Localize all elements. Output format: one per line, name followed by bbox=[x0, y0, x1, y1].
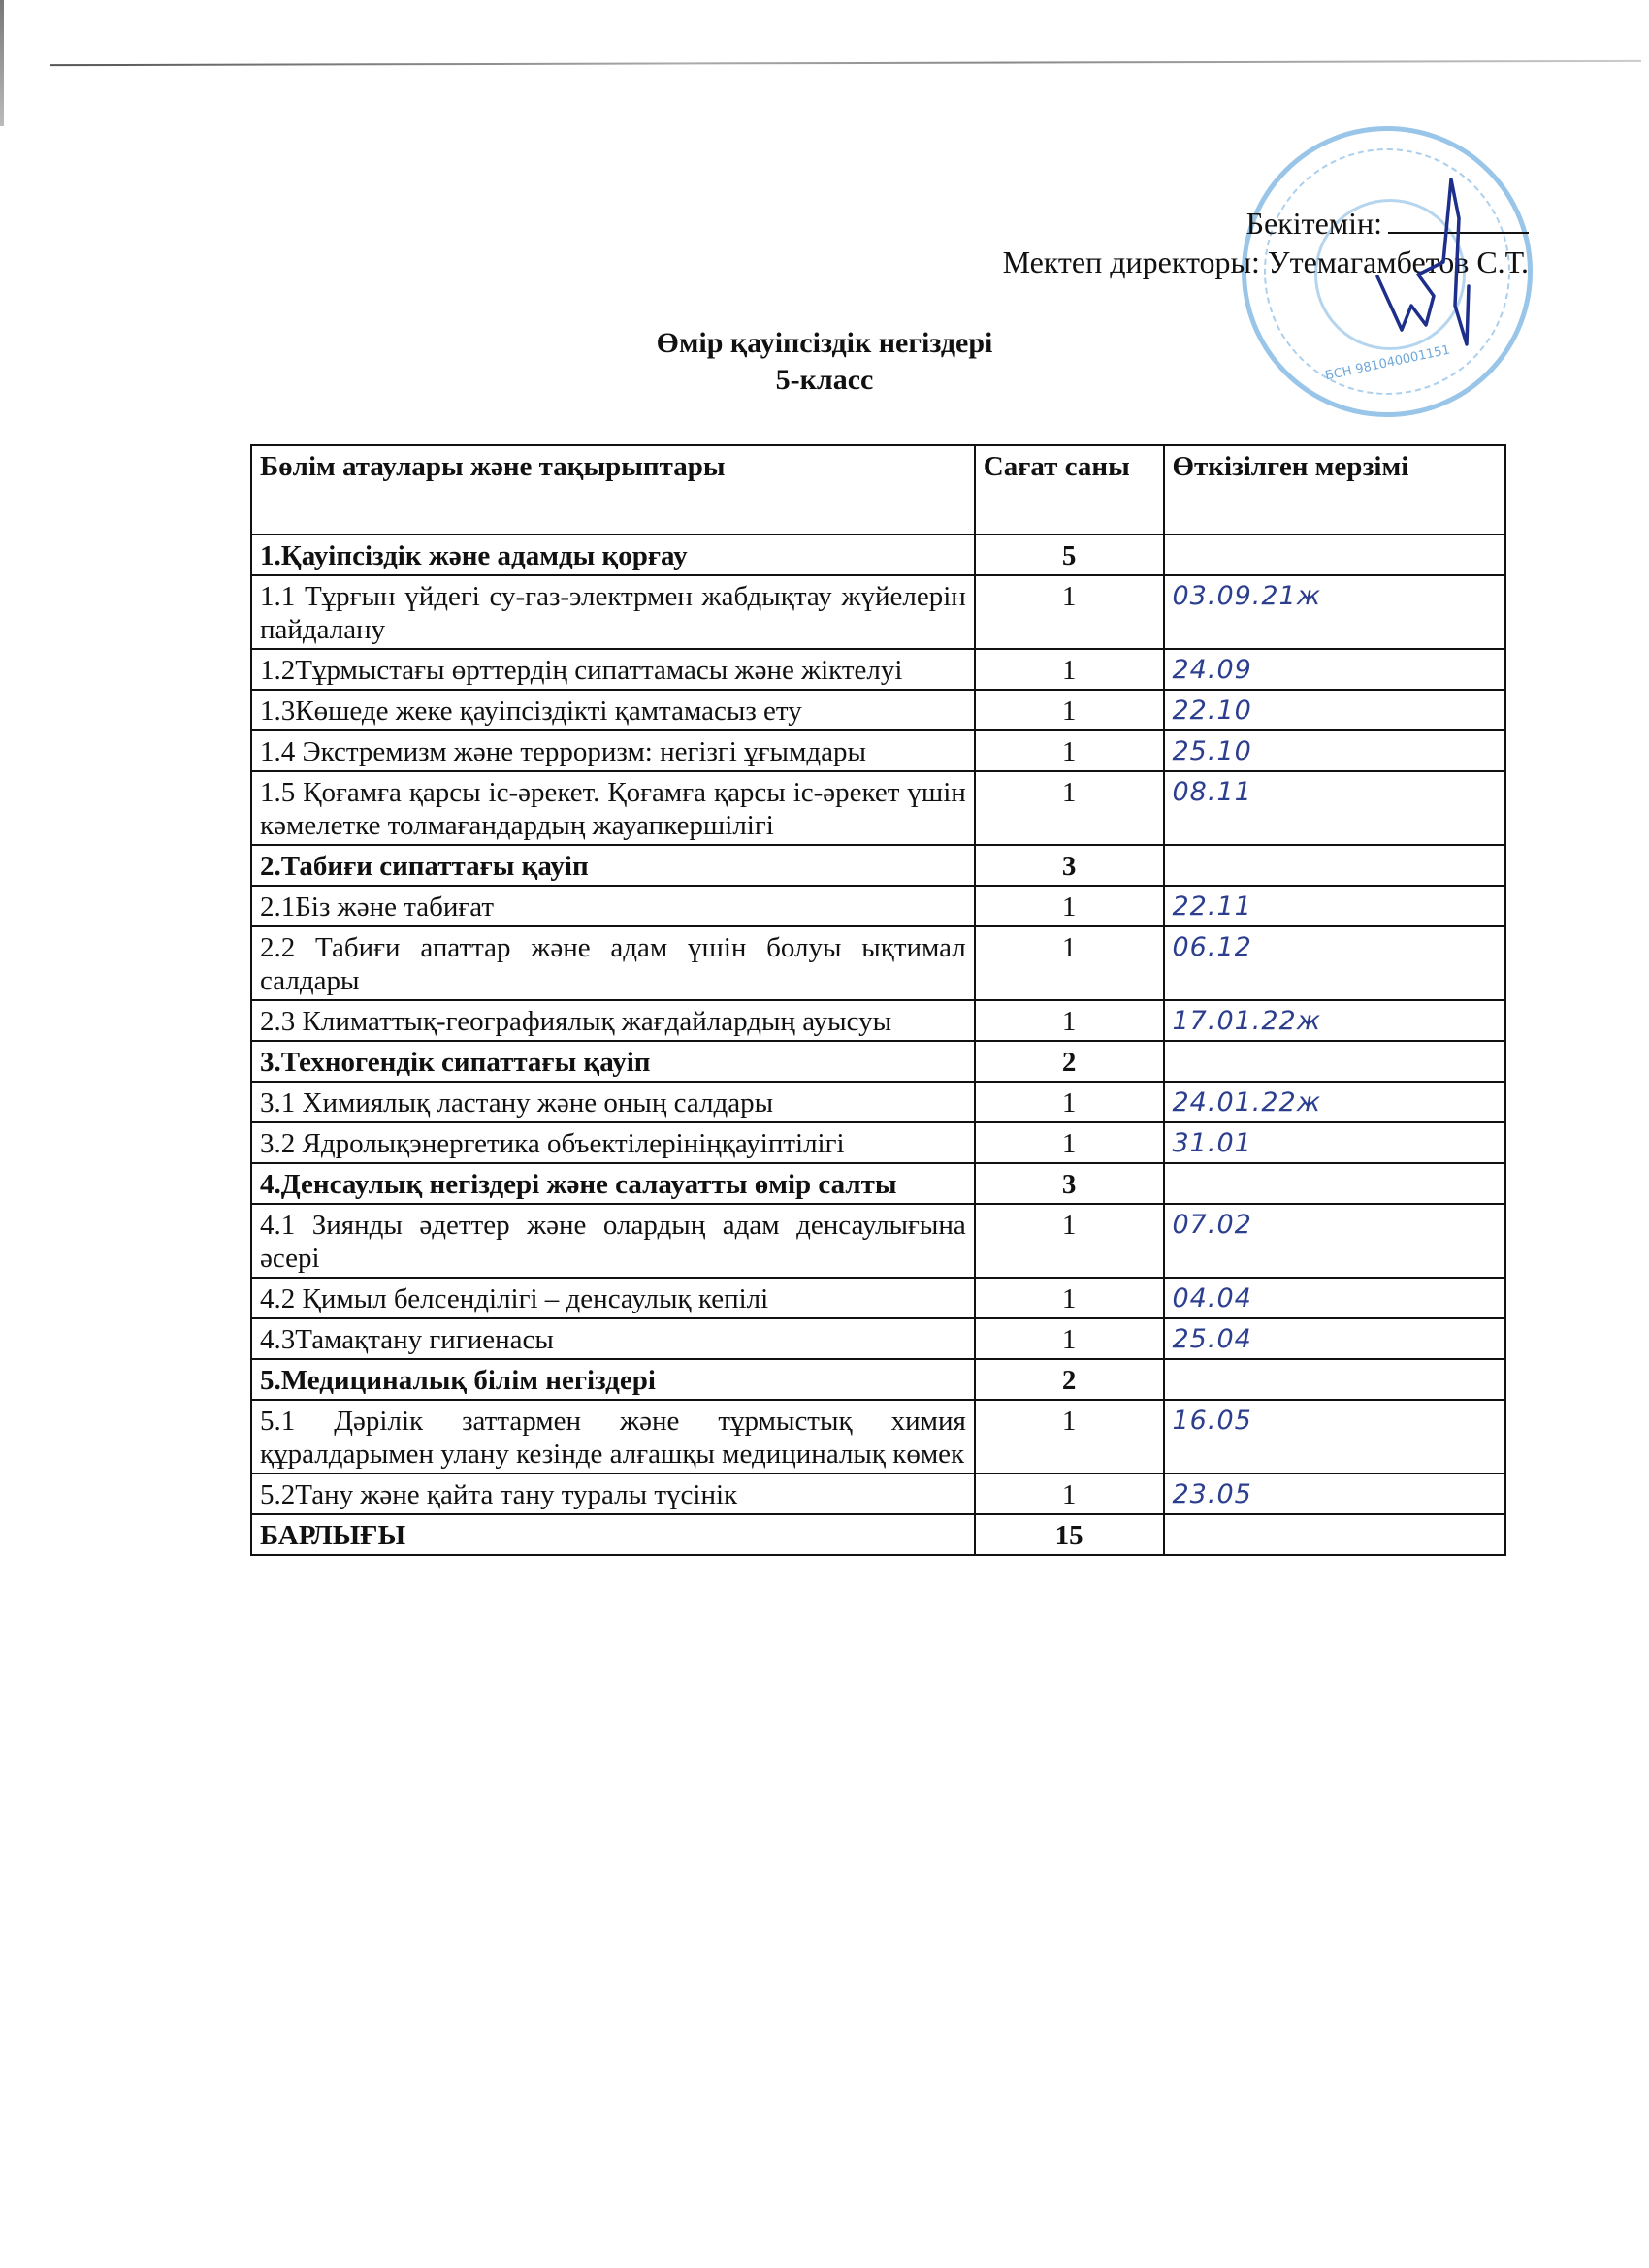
hours-cell: 2 bbox=[975, 1041, 1164, 1082]
hours-cell: 1 bbox=[975, 1000, 1164, 1041]
date-cell: 06.12 bbox=[1164, 926, 1506, 1000]
date-cell bbox=[1164, 1163, 1506, 1204]
hours-cell: 1 bbox=[975, 1122, 1164, 1163]
table-row: 2.1Біз және табиғат122.11 bbox=[251, 886, 1505, 926]
table-row: 1.3Көшеде жеке қауіпсіздікті қамтамасыз … bbox=[251, 690, 1505, 730]
hours-cell: 1 bbox=[975, 771, 1164, 845]
topic-cell: 1.Қауіпсіздік және адамды қорғау bbox=[251, 535, 975, 575]
table-row: 4.3Тамақтану гигиенасы125.04 bbox=[251, 1318, 1505, 1359]
hours-cell: 15 bbox=[975, 1514, 1164, 1555]
table-row: 2.3 Климаттық-географиялық жағдайлардың … bbox=[251, 1000, 1505, 1041]
topic-cell: 2.Табиғи сипаттағы қауіп bbox=[251, 845, 975, 886]
topic-cell: 3.2 Ядролықэнергетика объектілерініңқауі… bbox=[251, 1122, 975, 1163]
hours-cell: 3 bbox=[975, 1163, 1164, 1204]
date-cell: 17.01.22ж bbox=[1164, 1000, 1506, 1041]
table-header-row: Бөлім атаулары және тақырыптары Сағат са… bbox=[251, 445, 1505, 535]
hours-cell: 1 bbox=[975, 575, 1164, 649]
topic-cell: 1.4 Экстремизм және терроризм: негізгі ұ… bbox=[251, 730, 975, 771]
topic-cell: 1.3Көшеде жеке қауіпсіздікті қамтамасыз … bbox=[251, 690, 975, 730]
date-cell: 22.10 bbox=[1164, 690, 1506, 730]
date-cell: 23.05 bbox=[1164, 1474, 1506, 1514]
topic-cell: 2.1Біз және табиғат bbox=[251, 886, 975, 926]
table-row: 1.4 Экстремизм және терроризм: негізгі ұ… bbox=[251, 730, 1505, 771]
scan-edge-artifact bbox=[0, 0, 4, 126]
topic-cell: 1.2Тұрмыстағы өрттердің сипаттамасы және… bbox=[251, 649, 975, 690]
header-hours: Сағат саны bbox=[975, 445, 1164, 535]
hours-cell: 1 bbox=[975, 730, 1164, 771]
topic-cell: 4.2 Қимыл белсенділігі – денсаулық кепіл… bbox=[251, 1278, 975, 1318]
date-cell: 25.04 bbox=[1164, 1318, 1506, 1359]
topic-cell: 1.1 Тұрғын үйдегі су-газ-электрмен жабды… bbox=[251, 575, 975, 649]
date-cell: 22.11 bbox=[1164, 886, 1506, 926]
date-cell: 24.09 bbox=[1164, 649, 1506, 690]
header-date: Өткізілген мерзімі bbox=[1164, 445, 1506, 535]
topic-cell: 4.3Тамақтану гигиенасы bbox=[251, 1318, 975, 1359]
table-row: 1.5 Қоғамға қарсы іс-әрекет. Қоғамға қар… bbox=[251, 771, 1505, 845]
topic-cell: 3.1 Химиялық ластану және оның салдары bbox=[251, 1082, 975, 1122]
table-row: 1.2Тұрмыстағы өрттердің сипаттамасы және… bbox=[251, 649, 1505, 690]
scan-line-artifact bbox=[50, 60, 1641, 66]
topic-cell: БАРЛЫҒЫ bbox=[251, 1514, 975, 1555]
table-row: 2.2 Табиғи апаттар және адам үшін болуы … bbox=[251, 926, 1505, 1000]
date-cell: 16.05 bbox=[1164, 1400, 1506, 1474]
table-row: 5.1 Дәрілік заттармен және тұрмыстық хим… bbox=[251, 1400, 1505, 1474]
hours-cell: 3 bbox=[975, 845, 1164, 886]
section-row: 3.Техногендік сипаттағы қауіп2 bbox=[251, 1041, 1505, 1082]
table-row: 4.2 Қимыл белсенділігі – денсаулық кепіл… bbox=[251, 1278, 1505, 1318]
section-row: 2.Табиғи сипаттағы қауіп3 bbox=[251, 845, 1505, 886]
date-cell bbox=[1164, 1359, 1506, 1400]
date-cell bbox=[1164, 845, 1506, 886]
hours-cell: 1 bbox=[975, 1082, 1164, 1122]
date-cell bbox=[1164, 535, 1506, 575]
hours-cell: 1 bbox=[975, 926, 1164, 1000]
topic-cell: 1.5 Қоғамға қарсы іс-әрекет. Қоғамға қар… bbox=[251, 771, 975, 845]
table-row: 3.1 Химиялық ластану және оның салдары12… bbox=[251, 1082, 1505, 1122]
topic-cell: 4.Денсаулық негіздері және салауатты өмі… bbox=[251, 1163, 975, 1204]
date-cell bbox=[1164, 1041, 1506, 1082]
date-cell: 24.01.22ж bbox=[1164, 1082, 1506, 1122]
section-row: 5.Медициналық білім негіздері2 bbox=[251, 1359, 1505, 1400]
hours-cell: 1 bbox=[975, 1474, 1164, 1514]
hours-cell: 2 bbox=[975, 1359, 1164, 1400]
topic-cell: 5.Медициналық білім негіздері bbox=[251, 1359, 975, 1400]
topic-cell: 3.Техногендік сипаттағы қауіп bbox=[251, 1041, 975, 1082]
date-cell: 04.04 bbox=[1164, 1278, 1506, 1318]
header-topics: Бөлім атаулары және тақырыптары bbox=[251, 445, 975, 535]
curriculum-table: Бөлім атаулары және тақырыптары Сағат са… bbox=[250, 444, 1506, 1556]
topic-cell: 2.3 Климаттық-географиялық жағдайлардың … bbox=[251, 1000, 975, 1041]
section-row: 4.Денсаулық негіздері және салауатты өмі… bbox=[251, 1163, 1505, 1204]
section-row: БАРЛЫҒЫ15 bbox=[251, 1514, 1505, 1555]
date-cell: 31.01 bbox=[1164, 1122, 1506, 1163]
table-row: 4.1 Зиянды әдеттер және олардың адам ден… bbox=[251, 1204, 1505, 1278]
topic-cell: 4.1 Зиянды әдеттер және олардың адам ден… bbox=[251, 1204, 975, 1278]
date-cell: 25.10 bbox=[1164, 730, 1506, 771]
hours-cell: 1 bbox=[975, 886, 1164, 926]
director-signature-icon bbox=[1358, 160, 1494, 354]
table-row: 1.1 Тұрғын үйдегі су-газ-электрмен жабды… bbox=[251, 575, 1505, 649]
table-body: 1.Қауіпсіздік және адамды қорғау51.1 Тұр… bbox=[251, 535, 1505, 1555]
hours-cell: 1 bbox=[975, 1204, 1164, 1278]
date-cell: 08.11 bbox=[1164, 771, 1506, 845]
topic-cell: 5.1 Дәрілік заттармен және тұрмыстық хим… bbox=[251, 1400, 975, 1474]
hours-cell: 1 bbox=[975, 690, 1164, 730]
hours-cell: 1 bbox=[975, 649, 1164, 690]
table-row: 5.2Тану және қайта тану туралы түсінік12… bbox=[251, 1474, 1505, 1514]
date-cell: 07.02 bbox=[1164, 1204, 1506, 1278]
date-cell: 03.09.21ж bbox=[1164, 575, 1506, 649]
topic-cell: 5.2Тану және қайта тану туралы түсінік bbox=[251, 1474, 975, 1514]
table-row: 3.2 Ядролықэнергетика объектілерініңқауі… bbox=[251, 1122, 1505, 1163]
hours-cell: 5 bbox=[975, 535, 1164, 575]
hours-cell: 1 bbox=[975, 1278, 1164, 1318]
section-row: 1.Қауіпсіздік және адамды қорғау5 bbox=[251, 535, 1505, 575]
date-cell bbox=[1164, 1514, 1506, 1555]
topic-cell: 2.2 Табиғи апаттар және адам үшін болуы … bbox=[251, 926, 975, 1000]
hours-cell: 1 bbox=[975, 1400, 1164, 1474]
hours-cell: 1 bbox=[975, 1318, 1164, 1359]
